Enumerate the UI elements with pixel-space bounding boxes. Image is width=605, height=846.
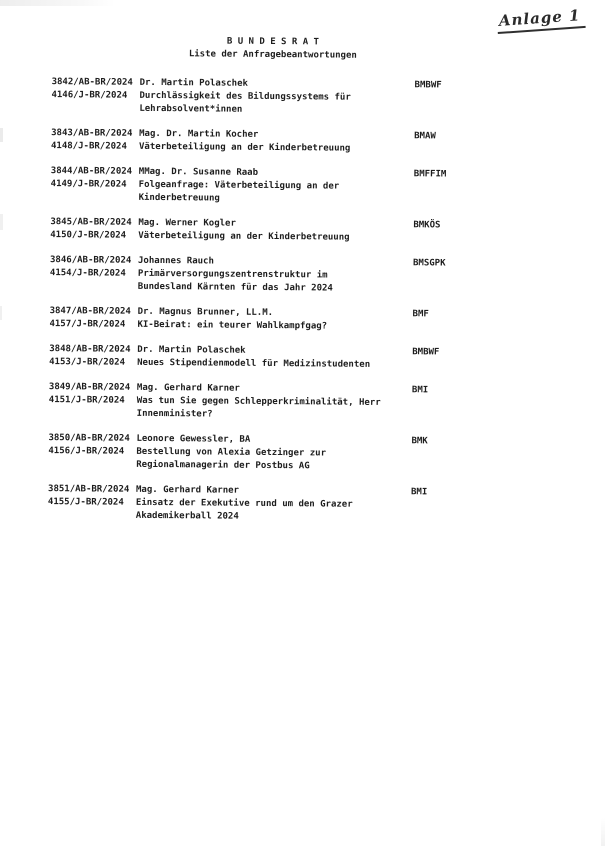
scan-artifact-left-edge [0,306,2,320]
inquiry-number: 4149/J-BR/2024 [51,178,139,192]
answer-number: 3850/AB-BR/2024 [48,432,136,446]
inquiry-subject: Primärversorgungszentrenstruktur im Bund… [138,268,413,296]
scan-artifact-left-edge [0,214,3,230]
ministry-code: BMBWF [415,79,494,93]
scan-artifact-top-left [0,0,115,6]
answer-entry: 3847/AB-BR/2024 4157/J-BR/2024 Dr. Magnu… [49,305,491,335]
document-numbers: 3850/AB-BR/2024 4156/J-BR/2024 [48,432,136,459]
inquiry-number: 4146/J-BR/2024 [51,89,139,103]
document-numbers: 3848/AB-BR/2024 4153/J-BR/2024 [49,343,137,370]
scan-artifact-bottom-right [601,818,605,846]
ministry-code: BMI [412,384,491,398]
inquiry-subject: Väterbeteiligung an der Kinderbetreuung [138,230,413,245]
inquiry-number: 4154/J-BR/2024 [50,267,138,281]
ministry-code: BMKÖS [413,219,492,233]
entry-description: Mag. Gerhard Karner Einsatz der Exekutiv… [136,484,411,525]
entry-description: Johannes Rauch Primärversorgungszentrens… [138,255,413,296]
answer-entry: 3846/AB-BR/2024 4154/J-BR/2024 Johannes … [50,254,492,297]
answer-number: 3848/AB-BR/2024 [49,343,137,357]
document-numbers: 3846/AB-BR/2024 4154/J-BR/2024 [50,254,138,281]
ministry-code: BMSGPK [413,257,492,271]
document-numbers: 3844/AB-BR/2024 4149/J-BR/2024 [51,165,139,192]
document-numbers: 3847/AB-BR/2024 4157/J-BR/2024 [49,305,137,332]
document-numbers: 3845/AB-BR/2024 4150/J-BR/2024 [50,216,138,243]
ministry-code: BMFFIM [414,168,493,182]
answer-number: 3845/AB-BR/2024 [50,216,138,230]
ministry-code: BMI [411,486,490,500]
inquiry-number: 4148/J-BR/2024 [51,140,139,154]
answer-entry: 3850/AB-BR/2024 4156/J-BR/2024 Leonore G… [48,432,490,475]
ministry-code: BMK [411,435,490,449]
entry-description: MMag. Dr. Susanne Raab Folgeanfrage: Vät… [139,166,414,207]
document-subtitle: Liste der Anfragebeantwortungen [52,47,494,64]
inquiry-number: 4155/J-BR/2024 [48,496,136,510]
document-content: B U N D E S R A T Liste der Anfragebeant… [48,34,494,526]
answer-number: 3849/AB-BR/2024 [49,381,137,395]
scan-artifact-left-edge [0,128,3,142]
answer-number: 3844/AB-BR/2024 [51,165,139,179]
inquiry-number: 4157/J-BR/2024 [49,318,137,332]
document-numbers: 3851/AB-BR/2024 4155/J-BR/2024 [48,483,136,510]
answer-number: 3843/AB-BR/2024 [51,127,139,141]
ministry-code: BMBWF [412,346,491,360]
inquiry-number: 4153/J-BR/2024 [49,356,137,370]
inquiry-subject: Neues Stipendienmodell für Medizinstuden… [137,357,412,372]
handwritten-annotation: Anlage 1 [496,6,585,34]
inquiry-subject: KI-Beirat: ein teurer Wahlkampfgag? [137,319,412,334]
answer-entry: 3848/AB-BR/2024 4153/J-BR/2024 Dr. Marti… [49,343,491,373]
entry-description: Mag. Gerhard Karner Was tun Sie gegen Sc… [137,382,412,423]
answer-number: 3847/AB-BR/2024 [50,305,138,319]
answer-number: 3846/AB-BR/2024 [50,254,138,268]
inquiry-number: 4151/J-BR/2024 [49,394,137,408]
answer-entry: 3845/AB-BR/2024 4150/J-BR/2024 Mag. Wern… [50,216,492,246]
inquiry-subject: Durchlässigkeit des Bildungssystems für … [139,90,414,118]
answer-entry: 3849/AB-BR/2024 4151/J-BR/2024 Mag. Gerh… [49,381,491,424]
entry-description: Dr. Martin Polaschek Neues Stipendienmod… [137,344,412,372]
document-numbers: 3849/AB-BR/2024 4151/J-BR/2024 [49,381,137,408]
answer-entry: 3844/AB-BR/2024 4149/J-BR/2024 MMag. Dr.… [51,165,493,208]
answer-entry: 3843/AB-BR/2024 4148/J-BR/2024 Mag. Dr. … [51,127,493,157]
inquiry-subject: Einsatz der Exekutive rund um den Grazer… [136,497,411,525]
entry-description: Dr. Martin Polaschek Durchlässigkeit des… [139,77,414,118]
answer-entry: 3851/AB-BR/2024 4155/J-BR/2024 Mag. Gerh… [48,483,490,526]
inquiry-subject: Väterbeteiligung an der Kinderbetreuung [139,141,414,156]
inquiry-subject: Bestellung von Alexia Getzinger zur Regi… [136,446,411,474]
ministry-code: BMAW [414,130,493,144]
entry-description: Mag. Werner Kogler Väterbeteiligung an d… [138,217,413,245]
inquiry-subject: Was tun Sie gegen Schlepperkriminalität,… [137,395,412,423]
inquiry-subject: Folgeanfrage: Väterbeteiligung an der Ki… [139,179,414,207]
answer-number: 3842/AB-BR/2024 [52,76,140,90]
document-numbers: 3843/AB-BR/2024 4148/J-BR/2024 [51,127,139,154]
entry-description: Dr. Magnus Brunner, LL.M. KI-Beirat: ein… [137,306,412,334]
entry-list: 3842/AB-BR/2024 4146/J-BR/2024 Dr. Marti… [48,76,494,526]
ministry-code: BMF [413,308,492,322]
entry-description: Mag. Dr. Martin Kocher Väterbeteiligung … [139,128,414,156]
entry-description: Leonore Gewessler, BA Bestellung von Ale… [136,433,411,474]
answer-number: 3851/AB-BR/2024 [48,483,136,497]
inquiry-number: 4156/J-BR/2024 [48,445,136,459]
inquiry-number: 4150/J-BR/2024 [50,229,138,243]
document-numbers: 3842/AB-BR/2024 4146/J-BR/2024 [51,76,139,103]
answer-entry: 3842/AB-BR/2024 4146/J-BR/2024 Dr. Marti… [51,76,493,119]
